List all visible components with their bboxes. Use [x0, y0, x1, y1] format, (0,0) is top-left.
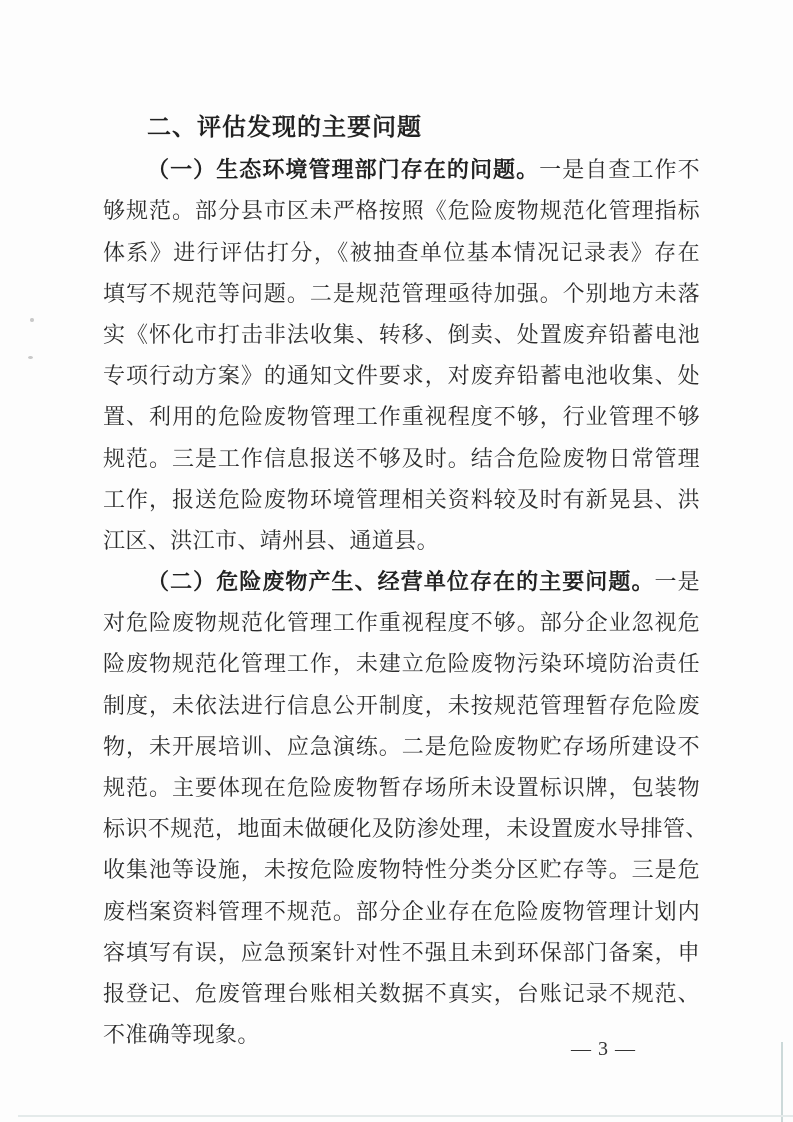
- text-line: （一）生态环境管理部门存在的问题。一是自查工作不: [103, 149, 700, 190]
- text-segment: 容填写有误，应急预案针对性不强且未到环保部门备案，申: [103, 940, 700, 965]
- text-line: 容填写有误，应急预案针对性不强且未到环保部门备案，申: [103, 932, 700, 973]
- text-segment: 专项行动方案》的通知文件要求，对废弃铅蓄电池收集、处: [103, 363, 700, 388]
- text-segment: 收集池等设施，未按危险废物特性分类分区贮存等。三是危: [103, 857, 700, 882]
- text-segment: 报登记、危废管理台账相关数据不真实，台账记录不规范、: [103, 981, 700, 1006]
- text-segment: 险废物规范化管理工作，未建立危险废物污染环境防治责任: [103, 651, 700, 676]
- text-line: 江区、洪江市、靖州县、通道县。: [103, 520, 700, 561]
- text-segment: 够规范。部分县市区未严格按照《危险废物规范化管理指标: [103, 198, 700, 223]
- text-segment: 标识不规范，地面未做硬化及防渗处理，未设置废水导排管、: [103, 816, 708, 841]
- text-line: （二）危险废物产生、经营单位存在的主要问题。一是: [103, 561, 700, 602]
- text-segment: 物，未开展培训、应急演练。二是危险废物贮存场所建设不: [103, 734, 700, 759]
- text-line: 工作，报送危险废物环境管理相关资料较及时有新晃县、洪: [103, 479, 700, 520]
- text-line: 收集池等设施，未按危险废物特性分类分区贮存等。三是危: [103, 849, 700, 890]
- text-line: 标识不规范，地面未做硬化及防渗处理，未设置废水导排管、: [103, 808, 700, 849]
- text-segment: 一是自查工作不: [539, 157, 700, 182]
- scan-edge-artifact-right: [781, 1042, 783, 1122]
- text-segment: 体系》进行评估打分，《被抽查单位基本情况记录表》存在: [103, 240, 700, 265]
- text-line: 置、利用的危险废物管理工作重视程度不够，行业管理不够: [103, 396, 700, 437]
- text-line: 对危险废物规范化管理工作重视程度不够。部分企业忽视危: [103, 602, 700, 643]
- text-line: 制度，未依法进行信息公开制度，未按规范管理暂存危险废: [103, 685, 700, 726]
- text-segment: 一是: [655, 569, 700, 594]
- text-segment-bold: （一）生态环境管理部门存在的问题。: [147, 157, 539, 182]
- document-page: 二、评估发现的主要问题（一）生态环境管理部门存在的问题。一是自查工作不够规范。部…: [0, 0, 793, 1122]
- text-line: 废档案资料管理不规范。部分企业存在危险废物管理计划内: [103, 891, 700, 932]
- page-number: — 3 —: [571, 1036, 651, 1062]
- text-segment: 实《怀化市打击非法收集、转移、倒卖、处置废弃铅蓄电池: [103, 322, 700, 347]
- text-line: 险废物规范化管理工作，未建立危险废物污染环境防治责任: [103, 643, 700, 684]
- text-segment: 置、利用的危险废物管理工作重视程度不够，行业管理不够: [103, 404, 700, 429]
- text-segment: 规范。主要体现在危险废物暂存场所未设置标识牌，包装物: [103, 775, 700, 800]
- text-segment: 制度，未依法进行信息公开制度，未按规范管理暂存危险废: [103, 693, 700, 718]
- text-segment: 不准确等现象。: [103, 1022, 260, 1047]
- scan-speck: [28, 356, 33, 359]
- text-block: 二、评估发现的主要问题（一）生态环境管理部门存在的问题。一是自查工作不够规范。部…: [103, 108, 700, 1055]
- text-segment: 江区、洪江市、靖州县、通道县。: [103, 528, 439, 553]
- text-line: 物，未开展培训、应急演练。二是危险废物贮存场所建设不: [103, 726, 700, 767]
- text-line: 填写不规范等问题。二是规范管理亟待加强。个别地方未落: [103, 273, 700, 314]
- text-line: 规范。三是工作信息报送不够及时。结合危险废物日常管理: [103, 438, 700, 479]
- text-line: 专项行动方案》的通知文件要求，对废弃铅蓄电池收集、处: [103, 355, 700, 396]
- text-segment-bold: 二、评估发现的主要问题: [147, 115, 422, 141]
- text-line: 体系》进行评估打分，《被抽查单位基本情况记录表》存在: [103, 232, 700, 273]
- section-heading: 二、评估发现的主要问题: [103, 108, 700, 149]
- text-line: 实《怀化市打击非法收集、转移、倒卖、处置废弃铅蓄电池: [103, 314, 700, 355]
- text-segment: 废档案资料管理不规范。部分企业存在危险废物管理计划内: [103, 899, 700, 924]
- text-segment: 填写不规范等问题。二是规范管理亟待加强。个别地方未落: [103, 281, 700, 306]
- text-segment: 工作，报送危险废物环境管理相关资料较及时有新晃县、洪: [103, 487, 700, 512]
- text-line: 够规范。部分县市区未严格按照《危险废物规范化管理指标: [103, 190, 700, 231]
- text-segment: 对危险废物规范化管理工作重视程度不够。部分企业忽视危: [103, 610, 700, 635]
- text-line: 报登记、危废管理台账相关数据不真实，台账记录不规范、: [103, 973, 700, 1014]
- scan-speck: [30, 318, 34, 322]
- text-line: 规范。主要体现在危险废物暂存场所未设置标识牌，包装物: [103, 767, 700, 808]
- text-segment: 规范。三是工作信息报送不够及时。结合危险废物日常管理: [103, 446, 700, 471]
- text-segment-bold: （二）危险废物产生、经营单位存在的主要问题。: [147, 569, 655, 594]
- scan-edge-artifact-bottom: [18, 1115, 793, 1117]
